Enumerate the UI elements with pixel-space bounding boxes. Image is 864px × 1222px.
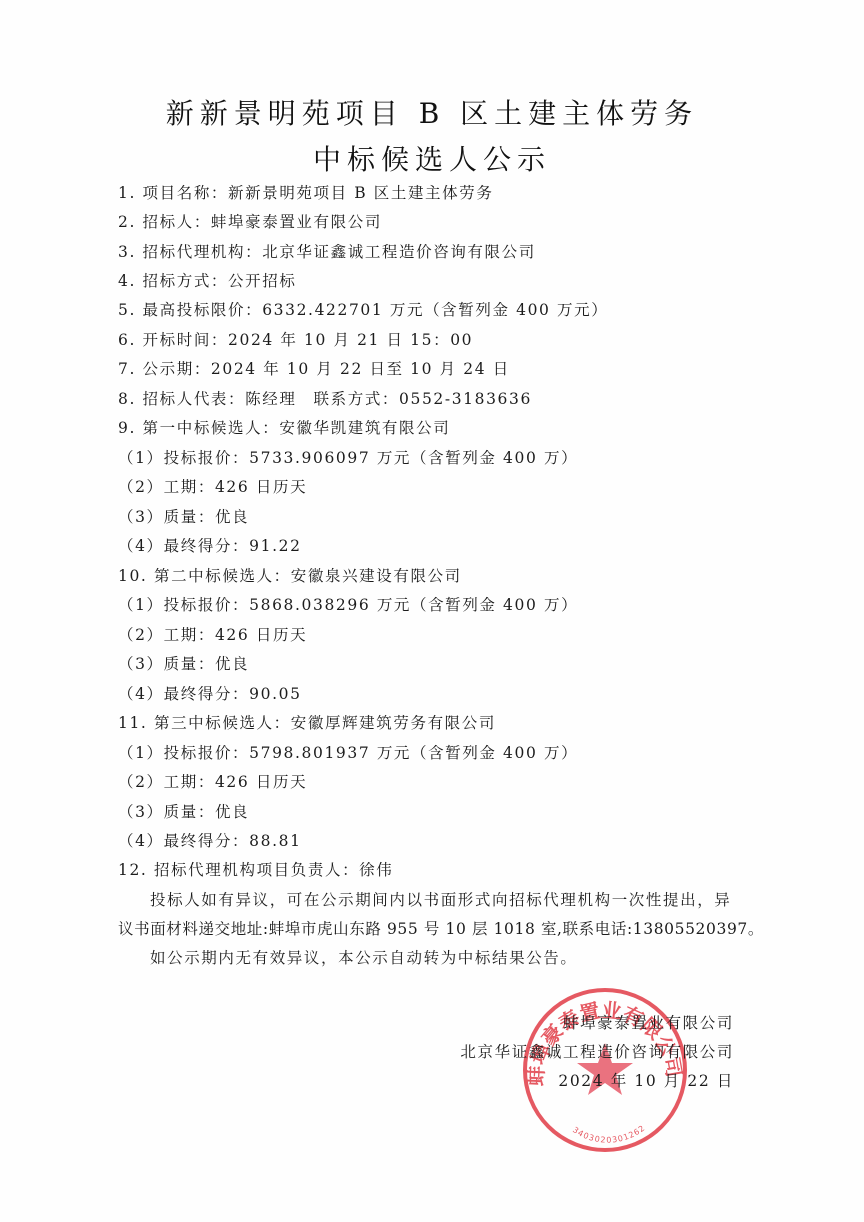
document-page: 新新景明苑项目 B 区土建主体劳务 中标候选人公示 1. 项目名称：新新景明苑项…: [0, 0, 864, 1222]
item-project-lead: 12. 招标代理机构项目负责人：徐伟: [118, 858, 393, 880]
item-max-price: 5. 最高投标限价：6332.422701 万元（含暂列金 400 万元）: [118, 298, 608, 320]
svg-text:3403020301262: 3403020301262: [571, 1123, 647, 1144]
objection-paragraph-line1: 投标人如有异议，可在公示期间内以书面形式向招标代理机构一次性提出，异: [150, 888, 731, 910]
candidate-3-bid: （1）投标报价：5798.801937 万元（含暂列金 400 万）: [118, 741, 578, 763]
item-method: 4. 招标方式：公开招标: [118, 269, 296, 291]
objection-paragraph-line2: 议书面材料递交地址:蚌埠市虎山东路 955 号 10 层 1018 室,联系电话…: [118, 917, 764, 939]
document-title-line1: 新新景明苑项目 B 区土建主体劳务: [0, 92, 864, 132]
candidate-2-bid: （1）投标报价：5868.038296 万元（含暂列金 400 万）: [118, 593, 578, 615]
document-title-line2: 中标候选人公示: [0, 138, 864, 178]
item-tenderer: 2. 招标人：蚌埠豪泰置业有限公司: [118, 210, 382, 232]
item-candidate-1: 9. 第一中标候选人：安徽华凯建筑有限公司: [118, 416, 450, 438]
candidate-1-quality: （3）质量：优良: [118, 505, 249, 527]
item-candidate-3: 11. 第三中标候选人：安徽厚辉建筑劳务有限公司: [118, 711, 496, 733]
item-candidate-2: 10. 第二中标候选人：安徽泉兴建设有限公司: [118, 564, 462, 586]
candidate-2-score: （4）最终得分：90.05: [118, 682, 302, 704]
item-representative: 8. 招标人代表：陈经理 联系方式：0552-3183636: [118, 387, 532, 409]
item-project-name: 1. 项目名称：新新景明苑项目 B 区土建主体劳务: [118, 181, 493, 203]
signature-tenderer: 蚌埠豪泰置业有限公司: [563, 1011, 734, 1033]
candidate-2-duration: （2）工期：426 日历天: [118, 623, 307, 645]
item-opening-time: 6. 开标时间：2024 年 10 月 21 日 15：00: [118, 328, 473, 350]
item-publicity-period: 7. 公示期：2024 年 10 月 22 日至 10 月 24 日: [118, 357, 510, 379]
item-agency: 3. 招标代理机构：北京华证鑫诚工程造价咨询有限公司: [118, 240, 536, 262]
candidate-3-duration: （2）工期：426 日历天: [118, 770, 307, 792]
candidate-3-quality: （3）质量：优良: [118, 800, 249, 822]
candidate-2-quality: （3）质量：优良: [118, 652, 249, 674]
candidate-1-duration: （2）工期：426 日历天: [118, 475, 307, 497]
auto-convert-paragraph: 如公示期内无有效异议，本公示自动转为中标结果公告。: [150, 946, 578, 968]
candidate-1-score: （4）最终得分：91.22: [118, 534, 302, 556]
candidate-1-bid: （1）投标报价：5733.906097 万元（含暂列金 400 万）: [118, 446, 578, 468]
signature-agency: 北京华证鑫诚工程造价咨询有限公司: [460, 1040, 734, 1062]
candidate-3-score: （4）最终得分：88.81: [118, 829, 302, 851]
signature-date: 2024 年 10 月 22 日: [558, 1069, 734, 1091]
